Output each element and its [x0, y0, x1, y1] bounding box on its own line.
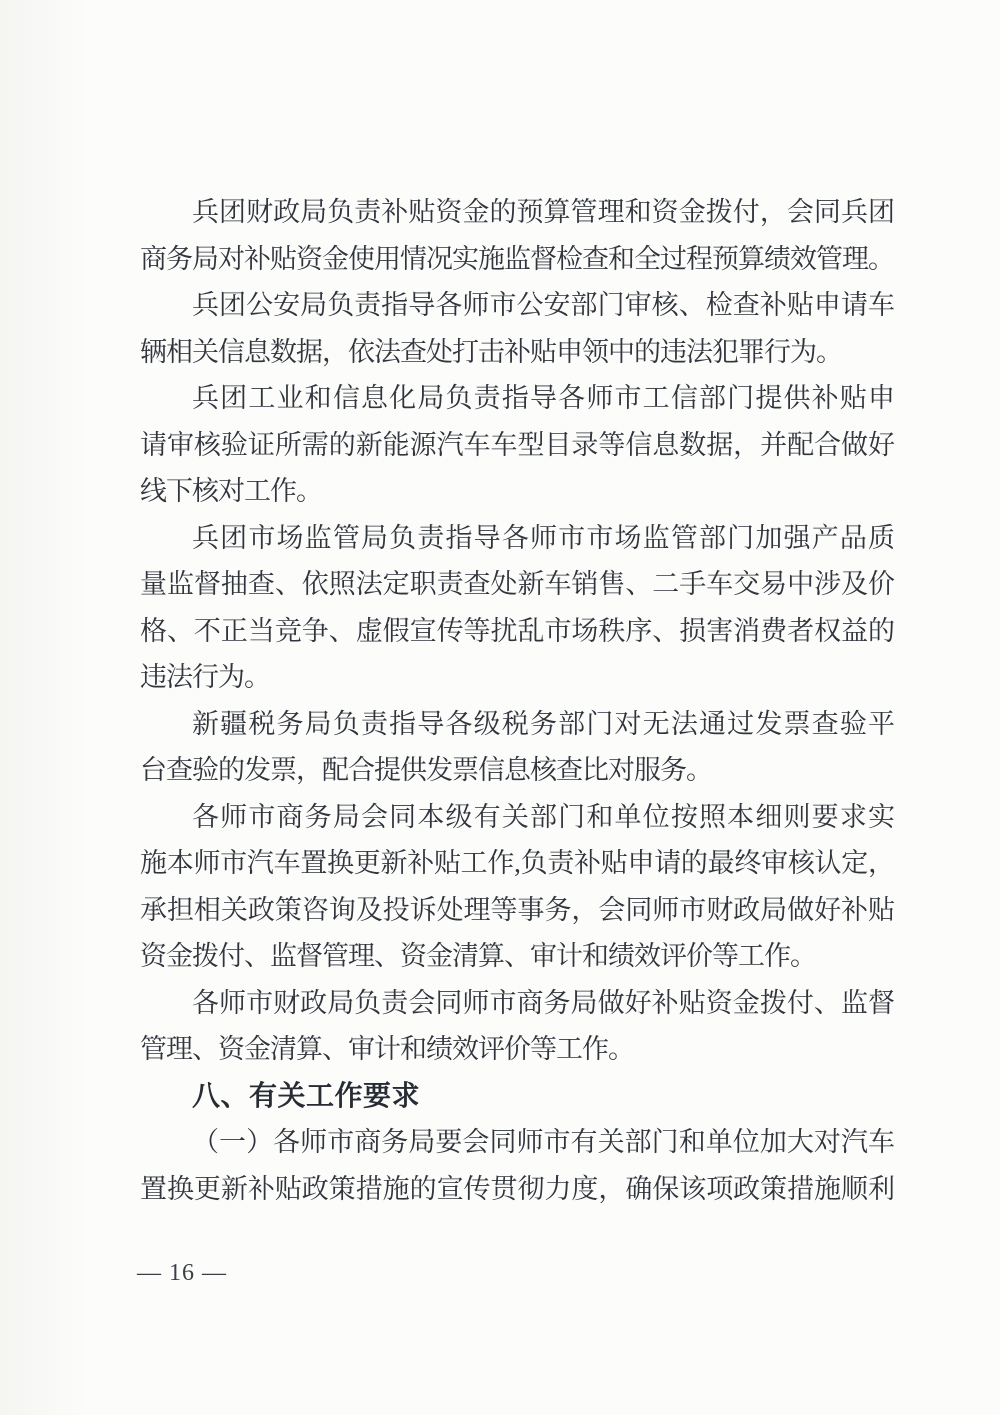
- body-text-line: 新疆税务局负责指导各级税务部门对无法通过发票查验平: [140, 701, 894, 748]
- body-text-line: 兵团工业和信息化局负责指导各师市工信部门提供补贴申: [140, 375, 894, 422]
- body-text-line: 商务局对补贴资金使用情况实施监督检查和全过程预算绩效管理。: [140, 236, 894, 283]
- body-text-line: 兵团公安局负责指导各师市公安部门审核、检查补贴申请车: [140, 282, 894, 329]
- page-number: — 16 —: [137, 1256, 227, 1290]
- body-text-line: 兵团市场监管局负责指导各师市市场监管部门加强产品质: [140, 515, 894, 562]
- body-text-line: 辆相关信息数据，依法查处打击补贴申领中的违法犯罪行为。: [140, 329, 894, 376]
- body-text-line: 请审核验证所需的新能源汽车车型目录等信息数据，并配合做好: [140, 422, 894, 469]
- document-page: 兵团财政局负责补贴资金的预算管理和资金拨付，会同兵团 商务局对补贴资金使用情况实…: [0, 0, 1000, 1415]
- body-text-line: 各师市商务局会同本级有关部门和单位按照本细则要求实: [140, 794, 894, 841]
- body-text-line: 资金拨付、监督管理、资金清算、审计和绩效评价等工作。: [140, 933, 894, 980]
- body-text-line: 管理、资金清算、审计和绩效评价等工作。: [140, 1026, 894, 1073]
- body-text-line: 各师市财政局负责会同师市商务局做好补贴资金拨付、监督: [140, 980, 894, 1027]
- body-text-line: 违法行为。: [140, 654, 894, 701]
- body-text-line: 量监督抽查、依照法定职责查处新车销售、二手车交易中涉及价: [140, 561, 894, 608]
- body-text-line: 承担相关政策咨询及投诉处理等事务，会同师市财政局做好补贴: [140, 887, 894, 934]
- document-body: 兵团财政局负责补贴资金的预算管理和资金拨付，会同兵团 商务局对补贴资金使用情况实…: [140, 189, 894, 1212]
- body-text-line: 台查验的发票，配合提供发票信息核查比对服务。: [140, 747, 894, 794]
- section-heading: 八、有关工作要求: [140, 1073, 894, 1120]
- body-text-line: 置换更新补贴政策措施的宣传贯彻力度，确保该项政策措施顺利: [140, 1166, 894, 1213]
- body-text-line: 格、不正当竞争、虚假宣传等扰乱市场秩序、损害消费者权益的: [140, 608, 894, 655]
- body-text-line: （一）各师市商务局要会同师市有关部门和单位加大对汽车: [140, 1119, 894, 1166]
- body-text-line: 线下核对工作。: [140, 468, 894, 515]
- body-text-line: 兵团财政局负责补贴资金的预算管理和资金拨付，会同兵团: [140, 189, 894, 236]
- body-text-line: 施本师市汽车置换更新补贴工作,负责补贴申请的最终审核认定，: [140, 840, 894, 887]
